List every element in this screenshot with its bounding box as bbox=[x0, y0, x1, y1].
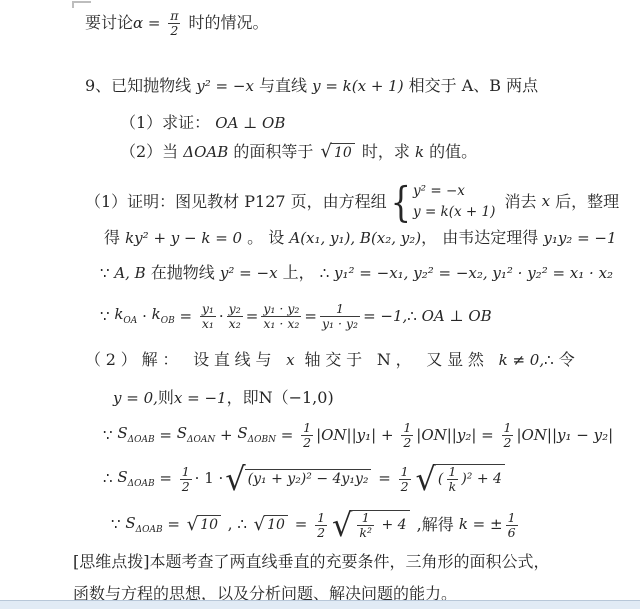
subscripted-var: kOA bbox=[114, 305, 137, 328]
comma: , bbox=[223, 515, 237, 535]
fraction-numerator: 1 bbox=[401, 421, 413, 435]
line-proof-substitution: ∵ A, B 在抛物线 y² = −x 上， ∴ y₁² = −x₁, y₂² … bbox=[100, 263, 613, 284]
text-run: 的值。 bbox=[424, 142, 477, 163]
fraction-denominator: k bbox=[447, 479, 459, 494]
text-run: 后，整理 bbox=[550, 192, 619, 213]
line-proof-intro: （1）证明：图见教材 P127 页，由方程组{y² = −xy = k(x + … bbox=[85, 181, 619, 223]
fraction: y₁ · y₂x₁ · x₂ bbox=[261, 302, 301, 331]
math-run: y₁² = −x₁, y₂² = −x₂, y₁² · y₂² = x₁ · x… bbox=[334, 264, 613, 284]
subscripted-var: SΔOAB bbox=[125, 514, 162, 537]
fraction-denominator: 2 bbox=[301, 435, 313, 450]
fraction-denominator: 2 bbox=[401, 435, 413, 450]
fraction: 12 bbox=[401, 421, 413, 450]
subscripted-var: SΔOBN bbox=[237, 424, 276, 447]
text-run: （1）证明：图见教材 P127 页，由方程组 bbox=[85, 192, 387, 213]
system-equations: y² = −xy = k(x + 1) bbox=[411, 181, 495, 223]
fraction-denominator: 2 bbox=[168, 23, 180, 38]
sqrt-expression: √(y₁ + y₂)² − 4y₁y₂ bbox=[225, 463, 371, 495]
equals-sign: = bbox=[163, 515, 185, 535]
equals-sign: = bbox=[175, 307, 197, 327]
fraction: 12 bbox=[315, 511, 327, 540]
text-run: 在抛物线 bbox=[146, 263, 220, 284]
therefore-symbol: ∴ bbox=[544, 351, 554, 371]
var-subscript: OB bbox=[161, 316, 175, 326]
text-run: 。 设 bbox=[242, 228, 289, 249]
fraction-numerator: y₁ · y₂ bbox=[261, 302, 301, 316]
math-run: x bbox=[542, 192, 550, 212]
radicand-open-paren: ( bbox=[438, 470, 443, 488]
math-run: α = bbox=[133, 14, 165, 34]
math-run: |ON||y₂| = bbox=[416, 426, 498, 446]
line-area-decomposition: ∵ SΔOAB = SΔOAN + SΔOBN = 12|ON||y₁| + 1… bbox=[103, 421, 613, 450]
fraction-denominator: 2 bbox=[502, 435, 514, 450]
fraction-numerator: 1 bbox=[399, 465, 411, 479]
var-subscript: ΔOBN bbox=[248, 435, 276, 445]
fraction: 1k bbox=[446, 465, 458, 494]
text-run: （2）解： bbox=[85, 350, 193, 371]
radicand: 10 bbox=[197, 515, 221, 534]
operator: · bbox=[137, 307, 151, 327]
because-symbol: ∵ bbox=[103, 426, 117, 446]
radical-sign: √ bbox=[416, 463, 436, 495]
radicand-tail: )² + 4 bbox=[461, 470, 502, 488]
math-run: A, B bbox=[114, 264, 145, 284]
text-run: ， 由韦达定理得 bbox=[421, 228, 543, 249]
fraction-denominator: k² bbox=[357, 525, 374, 540]
operator: · bbox=[219, 307, 224, 327]
fraction-numerator: 1 bbox=[301, 421, 313, 435]
sqrt-expression: √10 bbox=[254, 515, 288, 534]
text-run: 时，求 bbox=[357, 142, 415, 163]
math-run: k ≠ 0, bbox=[499, 351, 545, 371]
var-subscript: OA bbox=[123, 316, 137, 326]
var-base: S bbox=[177, 424, 187, 442]
fraction: 16 bbox=[506, 511, 518, 540]
math-run: y = k(x + 1) bbox=[312, 77, 403, 97]
radicand: (1k)² + 4 bbox=[435, 464, 505, 494]
fraction-numerator: 1 bbox=[360, 511, 372, 525]
table-border-artifact-vertical bbox=[72, 1, 74, 8]
line-proof-slopes: ∵ kOA · kOB = y₁x₁·y₂x₂=y₁ · y₂x₁ · x₂=1… bbox=[100, 302, 492, 331]
fraction-denominator: x₁ bbox=[200, 316, 216, 331]
math-run: y² = −x bbox=[196, 77, 254, 97]
subscripted-var: SΔOAB bbox=[117, 424, 154, 447]
math-run: k bbox=[415, 143, 424, 163]
fraction: 12 bbox=[180, 465, 192, 494]
equals-sign: = bbox=[155, 469, 177, 489]
fraction-numerator: y₂ bbox=[227, 302, 243, 316]
fraction-denominator: x₂ bbox=[227, 316, 243, 331]
text-run: 上， bbox=[278, 263, 320, 284]
fraction-denominator: 2 bbox=[180, 479, 192, 494]
text-run: 9、已知抛物线 bbox=[85, 76, 196, 97]
text-run: 令 bbox=[554, 350, 575, 371]
radical-sign: √ bbox=[332, 509, 352, 541]
text-run: 消去 bbox=[499, 192, 541, 213]
math-run: OA ⊥ OB bbox=[215, 114, 285, 134]
text-run: ，即N（−1,0) bbox=[227, 388, 334, 409]
line-solution-intro: （2）解： 设直线与 x 轴交于 N， 又显然 k ≠ 0,∴ 令 bbox=[85, 350, 575, 371]
table-border-artifact-horizontal bbox=[72, 1, 91, 3]
var-base: k bbox=[152, 305, 161, 323]
fraction: 12 bbox=[502, 421, 514, 450]
sqrt-expression: √1k² + 4 bbox=[332, 509, 410, 541]
operator: + bbox=[215, 426, 237, 446]
var-base: S bbox=[117, 424, 127, 442]
text-run: （2）当 bbox=[120, 142, 183, 163]
math-run: ΔOAB bbox=[183, 143, 228, 163]
because-symbol: ∵ bbox=[100, 307, 114, 327]
math-run: |ON||y₁| + bbox=[316, 426, 398, 446]
math-run: = −1, bbox=[363, 307, 407, 327]
math-run: y₁y₂ = −1 bbox=[543, 229, 616, 249]
var-subscript: ΔOAN bbox=[187, 435, 215, 445]
fraction-numerator: 1 bbox=[446, 465, 458, 479]
line-problem-9: 9、已知抛物线 y² = −x 与直线 y = k(x + 1) 相交于 A、B… bbox=[85, 76, 538, 97]
radical-sign: √ bbox=[225, 463, 245, 495]
text-run: 与直线 bbox=[254, 76, 312, 97]
system-equation-2: y = k(x + 1) bbox=[413, 202, 495, 223]
var-subscript: ΔOAB bbox=[128, 435, 155, 445]
fraction-numerator: 1 bbox=[180, 465, 192, 479]
equals-sign: = bbox=[276, 426, 298, 446]
line-part2-question: （2）当 ΔOAB 的面积等于 √10 时，求 k 的值。 bbox=[120, 142, 477, 163]
fraction-numerator: π bbox=[168, 9, 180, 23]
text-run: 时的情况。 bbox=[183, 13, 268, 34]
text-run: （1）求证： bbox=[120, 113, 215, 134]
math-run: x bbox=[286, 351, 294, 371]
therefore-symbol: ∴ bbox=[237, 515, 251, 535]
text-run: 得 bbox=[104, 228, 125, 249]
line-part1-question: （1）求证： OA ⊥ OB bbox=[120, 113, 285, 134]
fraction-numerator: 1 bbox=[315, 511, 327, 525]
equals-sign: = bbox=[304, 307, 317, 327]
text-run: ,解得 bbox=[412, 515, 459, 536]
text-run: 要讨论 bbox=[85, 13, 133, 34]
math-run: ky² + y − k = 0 bbox=[125, 229, 242, 249]
system-equation-1: y² = −x bbox=[413, 181, 465, 202]
fraction-numerator: 1 bbox=[334, 302, 346, 316]
therefore-symbol: ∴ bbox=[103, 469, 117, 489]
because-symbol: ∵ bbox=[111, 515, 125, 535]
equals-sign: = bbox=[373, 469, 395, 489]
sqrt-expression: √10 bbox=[320, 143, 354, 162]
window-bottom-edge bbox=[0, 600, 640, 609]
var-base: S bbox=[117, 468, 127, 486]
subscripted-var: SΔOAB bbox=[117, 468, 154, 491]
solution-document-page: 要讨论α = π2 时的情况。 9、已知抛物线 y² = −x 与直线 y = … bbox=[0, 0, 640, 609]
equation-system: {y² = −xy = k(x + 1) bbox=[391, 181, 496, 223]
math-run: A(x₁, y₁), B(x₂, y₂) bbox=[289, 229, 421, 249]
therefore-symbol: ∴ bbox=[407, 307, 421, 327]
text-run: 则 bbox=[158, 388, 174, 409]
operator: · 1 · bbox=[195, 469, 224, 489]
fraction: π2 bbox=[168, 9, 180, 38]
radicand: 10 bbox=[264, 515, 288, 534]
line-proof-vieta: 得 ky² + y − k = 0 。 设 A(x₁, y₁), B(x₂, y… bbox=[104, 228, 617, 249]
fraction-denominator: y₁ · y₂ bbox=[320, 316, 360, 331]
line-area-formula: ∴ SΔOAB = 12· 1 ·√(y₁ + y₂)² − 4y₁y₂ = 1… bbox=[103, 463, 507, 495]
text-run: 的面积等于 bbox=[228, 142, 318, 163]
line-alpha-note: 要讨论α = π2 时的情况。 bbox=[85, 9, 269, 38]
fraction: 1y₁ · y₂ bbox=[320, 302, 360, 331]
var-base: S bbox=[237, 424, 247, 442]
fraction-denominator: 6 bbox=[506, 525, 518, 540]
var-subscript: ΔOAB bbox=[136, 525, 163, 535]
text-run: 设直线与 bbox=[193, 350, 286, 371]
fraction-denominator: 2 bbox=[315, 525, 327, 540]
because-symbol: ∵ bbox=[100, 264, 114, 284]
system-brace: { bbox=[391, 181, 411, 223]
math-run: OA ⊥ OB bbox=[422, 307, 492, 327]
therefore-symbol: ∴ bbox=[320, 264, 334, 284]
radicand-tail: + 4 bbox=[377, 516, 407, 534]
subscripted-var: kOB bbox=[152, 305, 175, 328]
radicand: 10 bbox=[331, 143, 355, 162]
line-solve-k: ∵ SΔOAB = √10 , ∴ √10 = 12√1k² + 4 ,解得 k… bbox=[111, 509, 521, 541]
math-run: x = −1 bbox=[174, 389, 227, 409]
fraction-denominator: x₁ · x₂ bbox=[261, 316, 301, 331]
radicand: 1k² + 4 bbox=[351, 510, 409, 540]
fraction-numerator: 1 bbox=[502, 421, 514, 435]
math-run: k bbox=[459, 515, 468, 535]
math-run: |ON||y₁ − y₂| bbox=[516, 426, 613, 446]
sqrt-expression: √10 bbox=[187, 515, 221, 534]
subscripted-var: SΔOAN bbox=[177, 424, 216, 447]
line-point-n: y = 0,则x = −1，即N（−1,0) bbox=[113, 388, 334, 409]
equals-sign: = bbox=[155, 426, 177, 446]
var-base: S bbox=[125, 514, 135, 532]
math-run: y² = −x bbox=[220, 264, 278, 284]
text-run: [思维点拨]本题考查了两直线垂直的充要条件，三角形的面积公式， bbox=[73, 552, 550, 573]
sqrt-expression: √(1k)² + 4 bbox=[416, 463, 505, 495]
equals-sign: = bbox=[290, 515, 312, 535]
fraction-denominator: 2 bbox=[399, 479, 411, 494]
fraction: y₁x₁ bbox=[200, 302, 216, 331]
text-run: 相交于 A、B 两点 bbox=[404, 76, 539, 97]
equals-sign: = ± bbox=[468, 515, 503, 535]
fraction: 12 bbox=[301, 421, 313, 450]
math-run: y = 0, bbox=[113, 389, 158, 409]
var-subscript: ΔOAB bbox=[128, 479, 155, 489]
fraction: 12 bbox=[399, 465, 411, 494]
line-remark-1: [思维点拨]本题考查了两直线垂直的充要条件，三角形的面积公式， bbox=[73, 552, 550, 573]
fraction: y₂x₂ bbox=[227, 302, 243, 331]
radicand: (y₁ + y₂)² − 4y₁y₂ bbox=[245, 469, 372, 488]
fraction: 1k² bbox=[357, 511, 374, 540]
text-run: 轴交于 N， 又显然 bbox=[295, 350, 499, 371]
fraction-numerator: y₁ bbox=[200, 302, 216, 316]
equals-sign: = bbox=[246, 307, 259, 327]
fraction-numerator: 1 bbox=[506, 511, 518, 525]
